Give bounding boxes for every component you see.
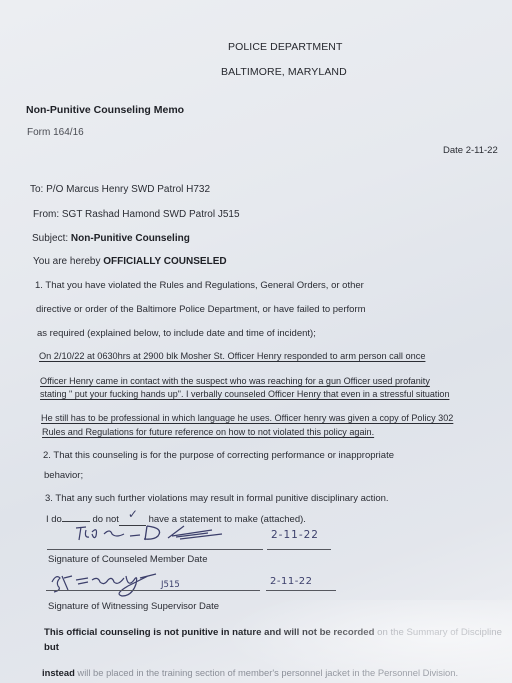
incident-line-4: He still has to be professional in which… bbox=[41, 413, 453, 423]
footer-line-3-dark: instead bbox=[42, 667, 75, 678]
from-line: From: SGT Rashad Hamond SWD Patrol J515 bbox=[33, 209, 240, 220]
supervisor-signature-label: Signature of Witnessing Supervisor Date bbox=[48, 601, 219, 612]
footer-line-1-faded: on the Summary of Discipline bbox=[374, 627, 501, 638]
item1-line-2: directive or order of the Baltimore Poli… bbox=[36, 304, 366, 315]
counsel-value: OFFICIALLY COUNSELED bbox=[103, 256, 226, 267]
item2-line-1: 2. That this counseling is for the purpo… bbox=[43, 450, 394, 461]
footer-line-1: This official counseling is not punitive… bbox=[44, 627, 502, 638]
member-signature-label: Signature of Counseled Member Date bbox=[48, 554, 207, 565]
form-number: Form 164/16 bbox=[27, 127, 84, 138]
item1-line-1: 1. That you have violated the Rules and … bbox=[35, 280, 364, 291]
supervisor-signature-line bbox=[46, 590, 260, 591]
memo-title: Non-Punitive Counseling Memo bbox=[26, 104, 184, 116]
member-date-line bbox=[267, 549, 331, 550]
subject-line: Subject: Non-Punitive Counseling bbox=[32, 233, 190, 244]
check-mark-icon: ✓ bbox=[128, 507, 138, 521]
memo-date: Date 2-11-22 bbox=[443, 145, 498, 156]
supervisor-date-line bbox=[266, 590, 336, 591]
member-signature bbox=[72, 522, 252, 544]
member-date-handwritten: 2-11-22 bbox=[271, 529, 319, 541]
item3-line: 3. That any such further violations may … bbox=[45, 493, 389, 504]
incident-line-1: On 2/10/22 at 0630hrs at 2900 blk Mosher… bbox=[39, 351, 425, 361]
counsel-prefix: You are hereby bbox=[33, 256, 103, 267]
member-signature-line bbox=[47, 549, 263, 550]
footer-line-3: instead will be placed in the training s… bbox=[42, 667, 458, 678]
counsel-line: You are hereby OFFICIALLY COUNSELED bbox=[33, 256, 227, 267]
supervisor-date-handwritten: 2-11-22 bbox=[270, 576, 313, 587]
item2-line-2: behavior; bbox=[44, 470, 83, 481]
i-do-label: I do bbox=[46, 514, 62, 525]
footer-line-3-faded: will be placed in the training section o… bbox=[75, 667, 458, 678]
subject-value: Non-Punitive Counseling bbox=[71, 233, 190, 244]
item1-line-3: as required (explained below, to include… bbox=[37, 328, 316, 339]
incident-line-3: stating " put your fucking hands up". I … bbox=[40, 389, 449, 399]
location-heading: BALTIMORE, MARYLAND bbox=[221, 66, 347, 78]
department-heading: POLICE DEPARTMENT bbox=[228, 41, 343, 53]
incident-line-5: Rules and Regulations for future referen… bbox=[42, 427, 374, 437]
supervisor-id-handwritten: J515 bbox=[161, 580, 180, 590]
footer-line-1-dark: This official counseling is not punitive… bbox=[44, 627, 374, 638]
footer-line-2: but bbox=[44, 642, 59, 653]
memo-page: POLICE DEPARTMENT BALTIMORE, MARYLAND No… bbox=[0, 0, 512, 683]
to-line: To: P/O Marcus Henry SWD Patrol H732 bbox=[30, 184, 210, 195]
subject-label: Subject: bbox=[32, 233, 71, 244]
incident-line-2: Officer Henry came in contact with the s… bbox=[40, 376, 430, 386]
